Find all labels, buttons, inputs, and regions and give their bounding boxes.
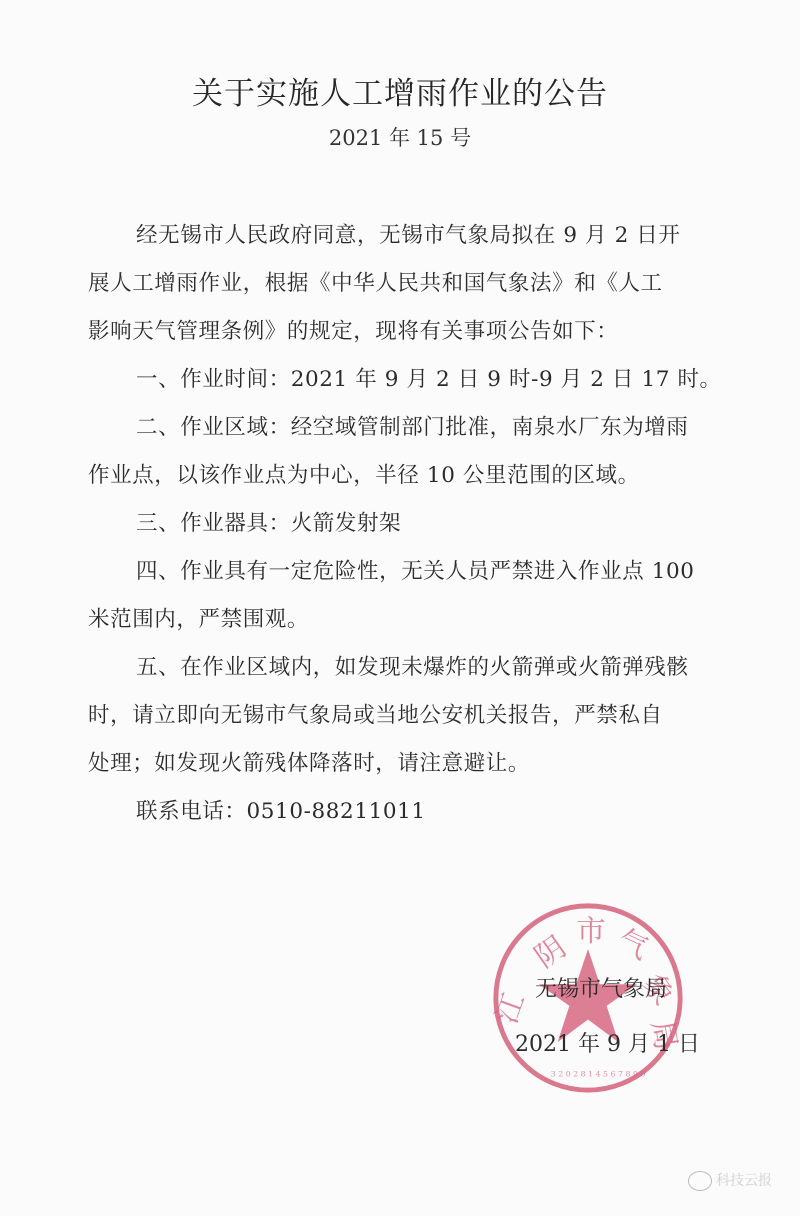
text-line: 五、在作业区域内，如发现未爆炸的火箭弹或火箭弹残骸 (88, 644, 728, 692)
svg-text:市: 市 (576, 914, 605, 948)
weibo-icon (688, 1171, 712, 1191)
watermark: 科技云报 (688, 1170, 772, 1191)
contact-phone: 联系电话：0510-88211011 (88, 788, 728, 836)
document-body: 经无锡市人民政府同意，无锡市气象局拟在 9 月 2 日开 展人工增雨作业，根据《… (88, 212, 728, 836)
paragraph-time: 一、作业时间：2021 年 9 月 2 日 9 时-9 月 2 日 17 时。 (88, 356, 728, 404)
document-title: 关于实施人工增雨作业的公告 (0, 68, 800, 113)
paragraph-danger: 四、作业具有一定危险性，无关人员严禁进入作业点 100 米范围内，严禁围观。 (88, 548, 728, 644)
document-number: 2021 年 15 号 (0, 122, 800, 152)
signature-organization: 无锡市气象局 (535, 972, 667, 1003)
text-line: 二、作业区域：经空域管制部门批准，南泉水厂东为增雨 (88, 404, 728, 452)
paragraph-intro: 经无锡市人民政府同意，无锡市气象局拟在 9 月 2 日开 展人工增雨作业，根据《… (88, 212, 728, 356)
text-line: 一、作业时间：2021 年 9 月 2 日 9 时-9 月 2 日 17 时。 (88, 356, 728, 404)
paragraph-equipment: 三、作业器具：火箭发射架 (88, 500, 728, 548)
text-line: 处理；如发现火箭残体降落时，请注意避让。 (88, 740, 728, 788)
text-line: 三、作业器具：火箭发射架 (88, 500, 728, 548)
paragraph-debris: 五、在作业区域内，如发现未爆炸的火箭弹或火箭弹残骸 时，请立即向无锡市气象局或当… (88, 644, 728, 788)
svg-text:阴: 阴 (528, 930, 572, 975)
paragraph-area: 二、作业区域：经空域管制部门批准，南泉水厂东为增雨 作业点，以该作业点为中心，半… (88, 404, 728, 500)
text-line: 影响天气管理条例》的规定，现将有关事项公告如下： (88, 308, 728, 356)
paragraph-contact: 联系电话：0510-88211011 (88, 788, 728, 836)
svg-text:江: 江 (490, 989, 531, 1028)
watermark-text: 科技云报 (716, 1173, 772, 1189)
signature-date: 2021 年 9 月 1 日 (515, 1027, 700, 1058)
svg-text:3 2 0 2 8 1 4 5 6 7 8 9 0: 3 2 0 2 8 1 4 5 6 7 8 9 0 (551, 1069, 646, 1078)
text-line: 四、作业具有一定危险性，无关人员严禁进入作业点 100 (88, 548, 728, 596)
text-line: 展人工增雨作业，根据《中华人民共和国气象法》和《人工 (88, 260, 728, 308)
text-line: 时，请立即向无锡市气象局或当地公安机关报告，严禁私自 (88, 692, 728, 740)
text-line: 经无锡市人民政府同意，无锡市气象局拟在 9 月 2 日开 (88, 212, 728, 260)
text-line: 米范围内，严禁围观。 (88, 596, 728, 644)
text-line: 作业点，以该作业点为中心，半径 10 公里范围的区域。 (88, 452, 728, 500)
